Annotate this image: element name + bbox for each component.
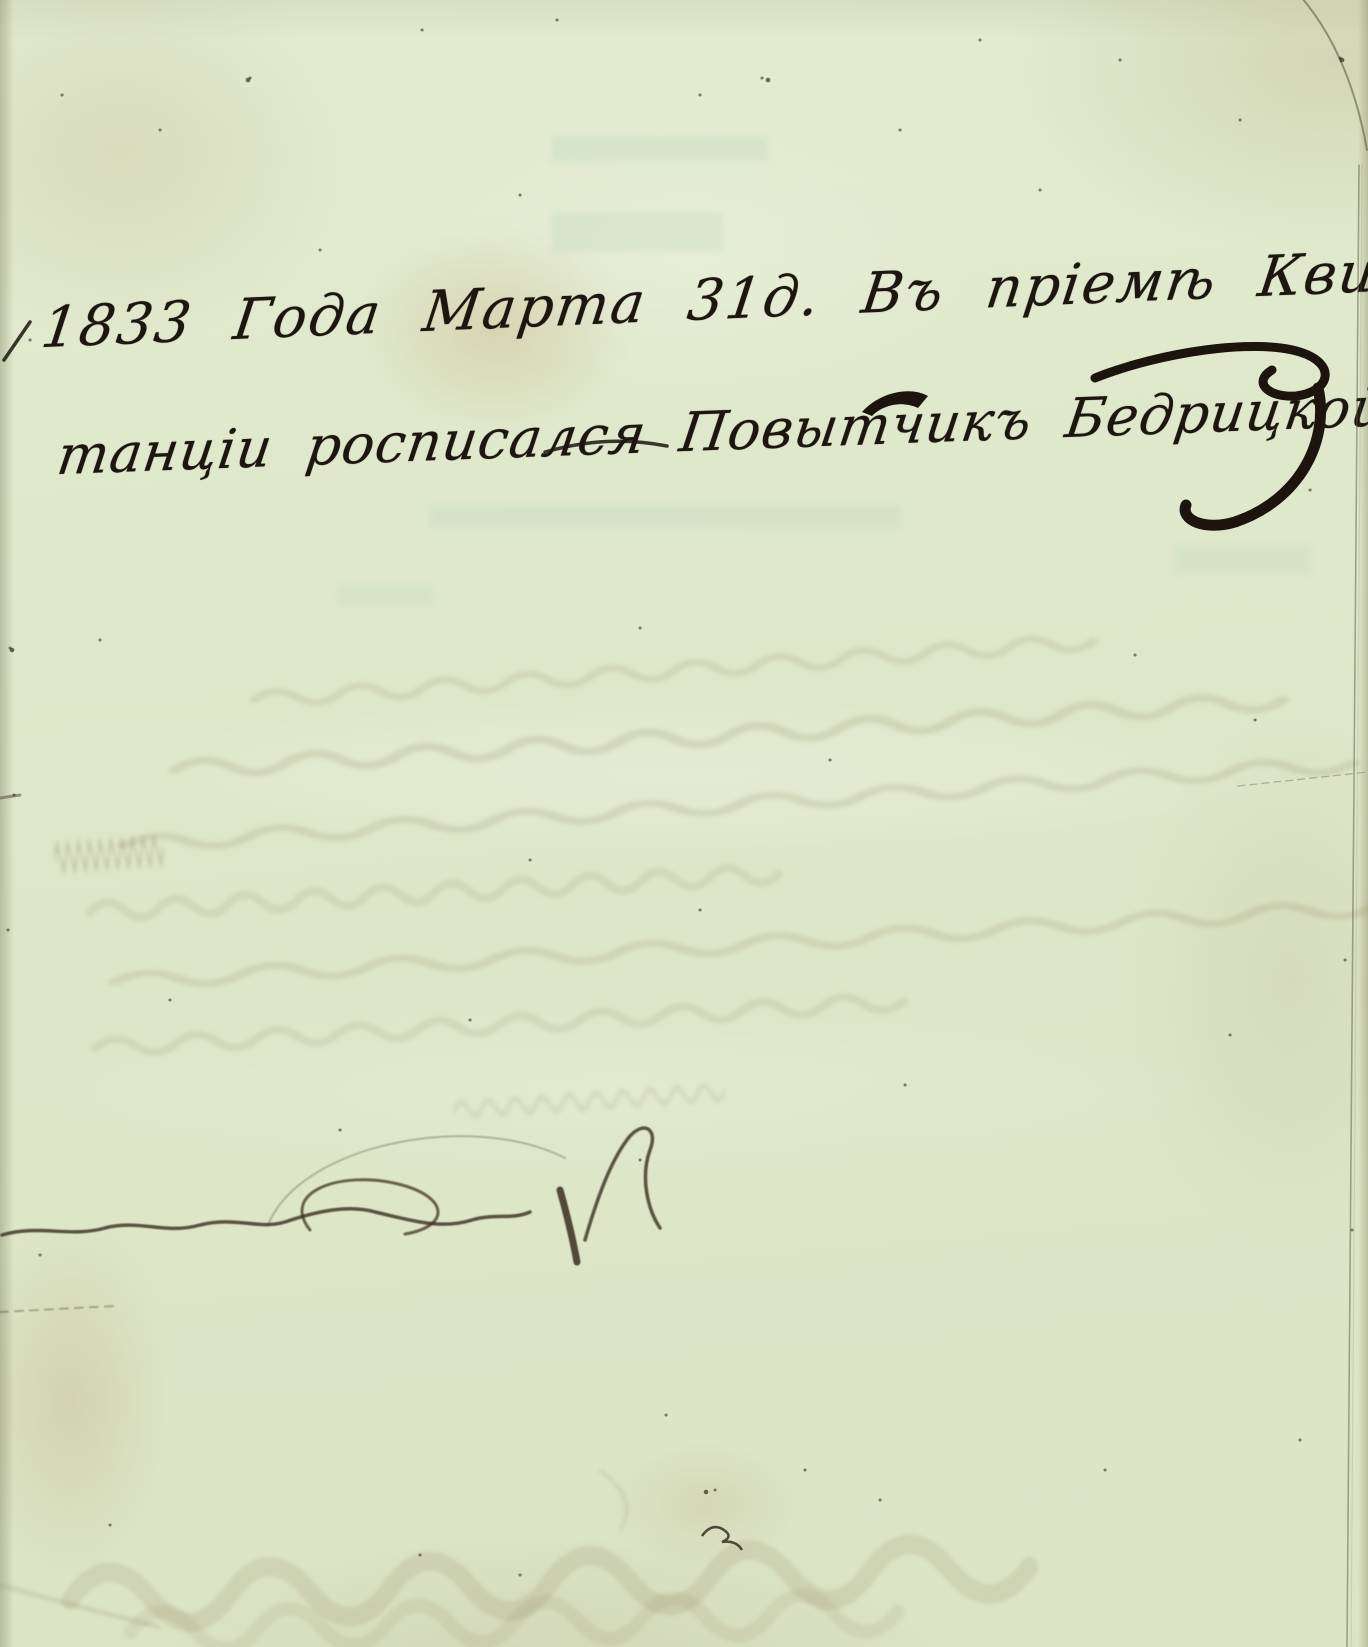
scan-artifacts-overlay xyxy=(0,0,1368,1647)
crease-lines xyxy=(0,0,1368,1647)
crease-horizontal xyxy=(1238,772,1368,786)
inscription-line-2: танцiи росписался Повытчикъ Бедрицкой xyxy=(54,375,1368,487)
inscription-line-1: 1833 Года Марта 31д. Въ прiемѣ Кви xyxy=(38,240,1368,361)
ghost-print-teal xyxy=(338,138,1310,605)
bleed-through-lines xyxy=(54,634,1368,1117)
mirrored-signature xyxy=(0,1128,660,1312)
small-ink-curl xyxy=(702,1527,742,1550)
bottom-ghost-signature xyxy=(0,1470,1030,1647)
scanned-document-page: 1833 Года Марта 31д. Въ прiемѣ Кви танцi… xyxy=(0,0,1368,1647)
corner-fold-line xyxy=(1302,0,1367,150)
